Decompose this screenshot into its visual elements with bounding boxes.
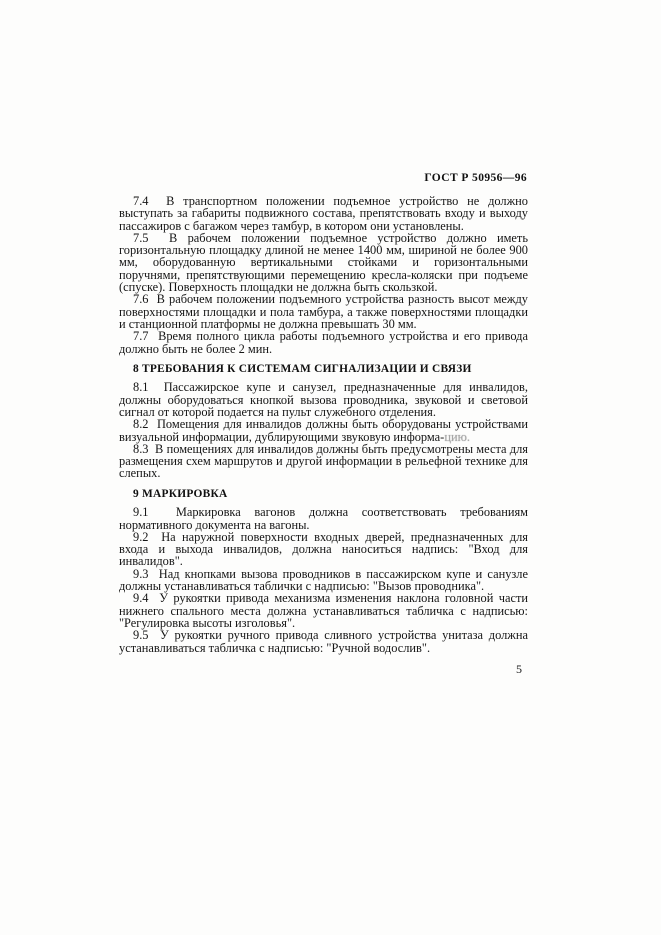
- paragraph-9-1: 9.1 Маркировка вагонов должна соответств…: [119, 506, 528, 531]
- paragraph-7-7: 7.7 Время полного цикла работы подъемног…: [119, 330, 528, 355]
- paragraph-9-3: 9.3 Над кнопками вызова проводников в па…: [119, 568, 528, 593]
- section-9: 9 МАРКИРОВКА 9.1 Маркировка вагонов долж…: [119, 488, 528, 654]
- page-body: ГОСТ Р 50956—96 7.4 В транспортном полож…: [119, 172, 528, 677]
- section-8: 8 ТРЕБОВАНИЯ К СИСТЕМАМ СИГНАЛИЗАЦИИ И С…: [119, 363, 528, 480]
- section-heading-9: 9 МАРКИРОВКА: [119, 488, 528, 501]
- section-heading-8: 8 ТРЕБОВАНИЯ К СИСТЕМАМ СИГНАЛИЗАЦИИ И С…: [119, 363, 528, 376]
- paragraph-8-1: 8.1 Пассажирское купе и санузел, предназ…: [119, 381, 528, 418]
- paragraph-8-3: 8.3 В помещениях для инвалидов должны бы…: [119, 443, 528, 480]
- paragraph-7-5: 7.5 В рабочем положении подъемное устрой…: [119, 232, 528, 293]
- running-header: ГОСТ Р 50956—96: [119, 172, 528, 184]
- paragraph-7-6: 7.6 В рабочем положении подъемного устро…: [119, 293, 528, 330]
- paragraph-8-2: 8.2 Помещения для инвалидов должны быть …: [119, 418, 528, 443]
- section-7: 7.4 В транспортном положении подъемное у…: [119, 195, 528, 355]
- document-page: ГОСТ Р 50956—96 7.4 В транспортном полож…: [0, 0, 661, 935]
- paragraph-9-2: 9.2 На наружной поверхности входных двер…: [119, 531, 528, 568]
- page-number: 5: [119, 662, 528, 677]
- paragraph-9-4: 9.4 У рукоятки привода механизма изменен…: [119, 592, 528, 629]
- paragraph-9-5: 9.5 У рукоятки ручного привода сливного …: [119, 629, 528, 654]
- paragraph-7-4: 7.4 В транспортном положении подъемное у…: [119, 195, 528, 232]
